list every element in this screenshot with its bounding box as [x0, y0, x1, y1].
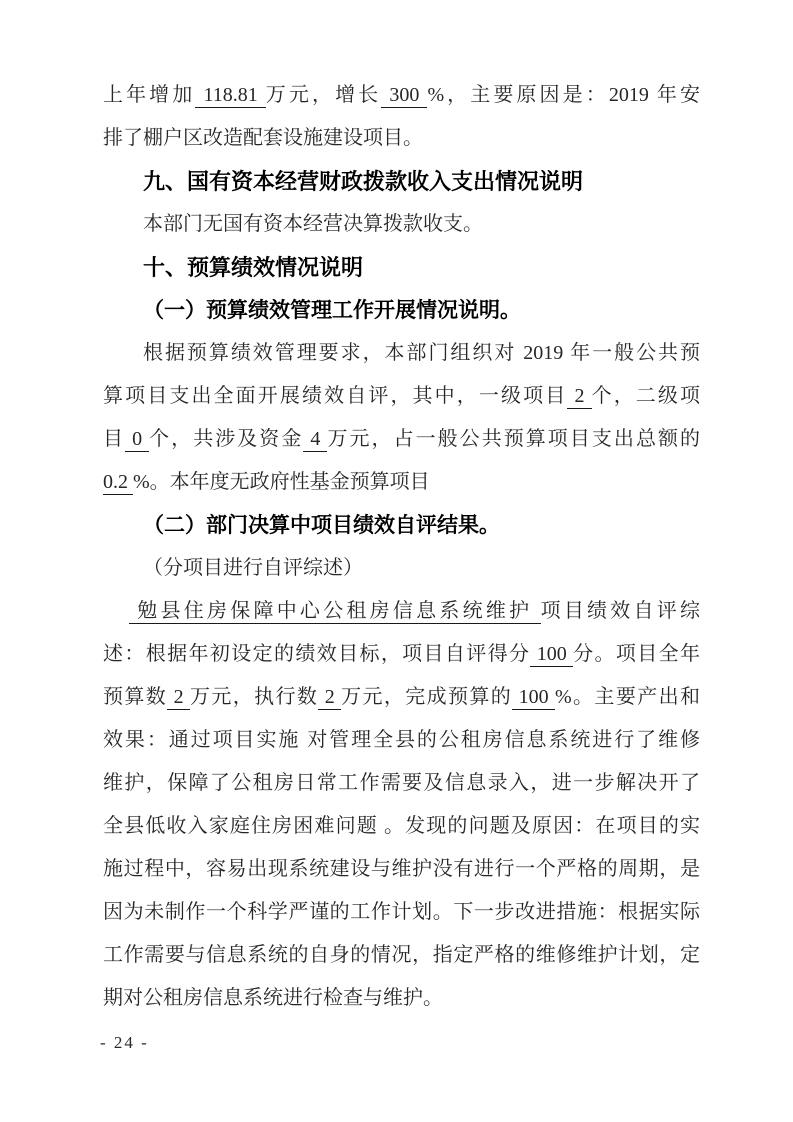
document-line: 全县低收入家庭住房困难问题 。发现的问题及原因：在项目的实 [103, 805, 700, 848]
page-number: - 24 - [100, 1033, 149, 1053]
text-segment: %。主要产出和 [555, 686, 700, 708]
document-line: 0.2 %。本年度无政府性基金预算项目 [103, 461, 700, 504]
text-segment: %。本年度无政府性基金预算项目 [133, 471, 430, 493]
document-line: 九、国有资本经营财政拨款收入支出情况说明 [103, 160, 700, 203]
underlined-value: 118.81 [195, 84, 265, 108]
document-line: 维护，保障了公租房日常工作需要及信息录入，进一步解决开了 [103, 762, 700, 805]
document-line: 工作需要与信息系统的自身的情况，指定严格的维修维护计划，定 [103, 934, 700, 977]
document-page: 上年增加 118.81 万元，增长 300 %，主要原因是：2019 年安排了棚… [0, 0, 793, 1122]
document-line: 述：根据年初设定的绩效目标，项目自评得分 100 分。项目全年 [103, 633, 700, 676]
text-segment: 项目绩效自评综 [541, 600, 700, 622]
underlined-value: 2 [318, 686, 341, 710]
text-segment: 效果：通过项目实施 对管理全县的公租房信息系统进行了维修 [103, 729, 700, 751]
document-line: 因为未制作一个科学严谨的工作计划。下一步改进措施：根据实际 [103, 891, 700, 934]
text-segment: 九、国有资本经营财政拨款收入支出情况说明 [143, 169, 583, 194]
text-segment: 分。项目全年 [573, 643, 700, 665]
text-segment: 算项目支出全面开展绩效自评，其中，一级项目 [103, 385, 567, 407]
underlined-value: 2 [567, 385, 591, 409]
text-segment: 期对公租房信息系统进行检查与维护。 [103, 987, 443, 1009]
text-segment: %，主要原因是：2019 年安 [427, 84, 700, 106]
text-segment: 述：根据年初设定的绩效目标，项目自评得分 [103, 643, 530, 665]
underlined-value: 100 [530, 643, 573, 667]
document-line: 效果：通过项目实施 对管理全县的公租房信息系统进行了维修 [103, 719, 700, 762]
underlined-value: 0.2 [103, 471, 133, 495]
text-segment: 万元，增长 [266, 84, 381, 106]
document-content: 上年增加 118.81 万元，增长 300 %，主要原因是：2019 年安排了棚… [103, 74, 700, 1020]
text-segment: 目 [103, 428, 125, 450]
text-segment: （一）预算绩效管理工作开展情况说明。 [143, 298, 521, 322]
document-line: 根据预算绩效管理要求，本部门组织对 2019 年一般公共预 [103, 332, 700, 375]
document-line: （二）部门决算中项目绩效自评结果。 [103, 504, 700, 547]
text-segment: 工作需要与信息系统的自身的情况，指定严格的维修维护计划，定 [103, 944, 700, 966]
underlined-value: 4 [303, 428, 327, 452]
text-segment: 十、预算绩效情况说明 [143, 255, 363, 280]
text-segment: 个，共涉及资金 [149, 428, 303, 450]
document-line: 本部门无国有资本经营决算拨款收支。 [103, 203, 700, 246]
text-segment: 施过程中，容易出现系统建设与维护没有进行一个严格的周期，是 [103, 858, 700, 880]
underlined-value: 2 [167, 686, 190, 710]
text-segment: 维护，保障了公租房日常工作需要及信息录入，进一步解决开了 [103, 772, 700, 794]
text-segment: （分项目进行自评综述） [143, 557, 363, 579]
document-line: （分项目进行自评综述） [103, 547, 700, 590]
text-segment: 上年增加 [103, 84, 195, 106]
text-segment: 根据预算绩效管理要求，本部门组织对 2019 年一般公共预 [143, 342, 700, 364]
text-segment: 万元，占一般公共预算项目支出总额的 [327, 428, 700, 450]
text-segment: 个，二级项 [592, 385, 700, 407]
document-line: （一）预算绩效管理工作开展情况说明。 [103, 289, 700, 332]
document-line: 勉县住房保障中心公租房信息系统维护 项目绩效自评综 [103, 590, 700, 633]
document-line: 目 0 个，共涉及资金 4 万元，占一般公共预算项目支出总额的 [103, 418, 700, 461]
text-segment: 排了棚户区改造配套设施建设项目。 [103, 127, 423, 149]
text-segment: 本部门无国有资本经营决算拨款收支。 [143, 213, 483, 235]
underlined-value: 100 [512, 686, 555, 710]
document-line: 算项目支出全面开展绩效自评，其中，一级项目 2 个，二级项 [103, 375, 700, 418]
document-line: 期对公租房信息系统进行检查与维护。 [103, 977, 700, 1020]
document-line: 施过程中，容易出现系统建设与维护没有进行一个严格的周期，是 [103, 848, 700, 891]
text-segment: 万元，执行数 [190, 686, 318, 708]
document-line: 十、预算绩效情况说明 [103, 246, 700, 289]
document-line: 上年增加 118.81 万元，增长 300 %，主要原因是：2019 年安 [103, 74, 700, 117]
text-segment: （二）部门决算中项目绩效自评结果。 [143, 513, 500, 537]
text-segment: 全县低收入家庭住房困难问题 。发现的问题及原因：在项目的实 [103, 815, 700, 837]
underlined-value: 勉县住房保障中心公租房信息系统维护 [129, 600, 541, 624]
document-line: 预算数 2 万元，执行数 2 万元，完成预算的 100 %。主要产出和 [103, 676, 700, 719]
underlined-value: 0 [125, 428, 149, 452]
text-segment: 因为未制作一个科学严谨的工作计划。下一步改进措施：根据实际 [103, 901, 700, 923]
document-line: 排了棚户区改造配套设施建设项目。 [103, 117, 700, 160]
text-segment: 万元，完成预算的 [341, 686, 512, 708]
underlined-value: 300 [381, 84, 427, 108]
text-segment: 预算数 [103, 686, 167, 708]
